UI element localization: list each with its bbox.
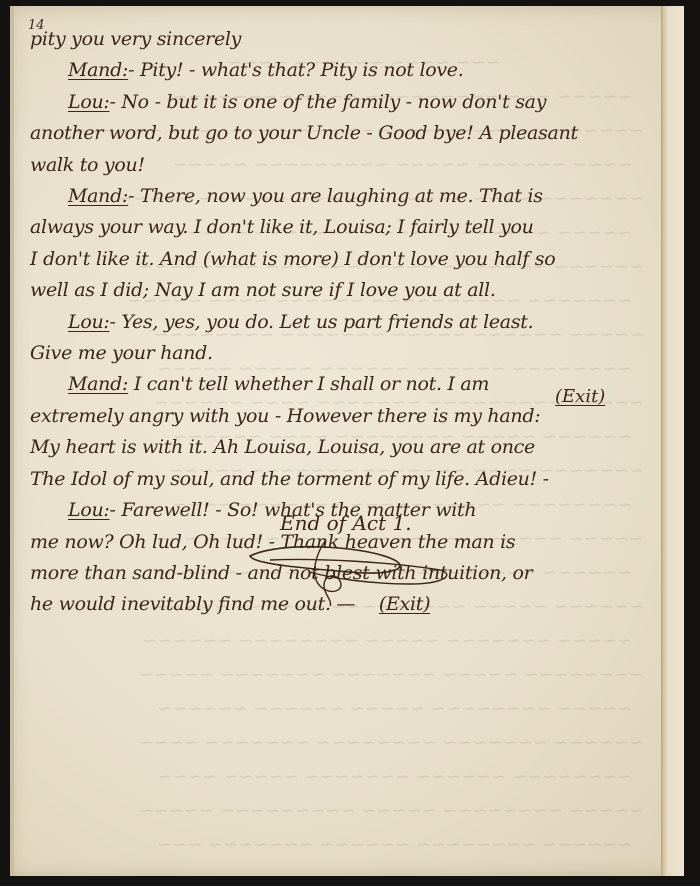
text-line: pity you very sincerely <box>30 24 630 55</box>
speaker-name: Mand: <box>68 185 128 207</box>
text-line: walk to you! <box>30 150 630 181</box>
end-of-act-heading: End of Act 1. <box>280 511 412 535</box>
dialogue-line: Mand:- There, now you are laughing at me… <box>30 181 630 212</box>
speaker-name: Lou: <box>68 91 110 113</box>
text-line: The Idol of my soul, and the torment of … <box>30 464 630 495</box>
manuscript-page: ~~~ ~~~~ ~~~~~~ ~~~~ ~~~~~ ~~~ ~~~~~~~~~… <box>10 6 684 876</box>
speaker-name: Mand: <box>68 59 128 81</box>
dialogue-line: Lou:- No - but it is one of the family -… <box>30 87 630 118</box>
speaker-name: Mand: <box>68 373 128 395</box>
ornamental-flourish-icon <box>240 536 460 606</box>
text-line: always your way. I don't like it, Louisa… <box>30 212 630 243</box>
speaker-name: Lou: <box>68 499 110 521</box>
page-right-edge <box>661 6 684 876</box>
text-line: Give me your hand. <box>30 338 630 369</box>
text-line: another word, but go to your Uncle - Goo… <box>30 118 630 149</box>
speaker-name: Lou: <box>68 311 110 333</box>
dialogue-line: Mand: I can't tell whether I shall or no… <box>30 369 630 400</box>
text-line: I don't like it. And (what is more) I do… <box>30 244 630 275</box>
page-left-edge <box>10 6 14 876</box>
dialogue-line: Mand:- Pity! - what's that? Pity is not … <box>30 55 630 86</box>
text-line: well as I did; Nay I am not sure if I lo… <box>30 275 630 306</box>
text-line: extremely angry with you - However there… <box>30 401 630 432</box>
text-line: My heart is with it. Ah Louisa, Louisa, … <box>30 432 630 463</box>
dialogue-line: Lou:- Yes, yes, you do. Let us part frie… <box>30 307 630 338</box>
margin-stage-direction: (Exit) <box>555 386 605 407</box>
